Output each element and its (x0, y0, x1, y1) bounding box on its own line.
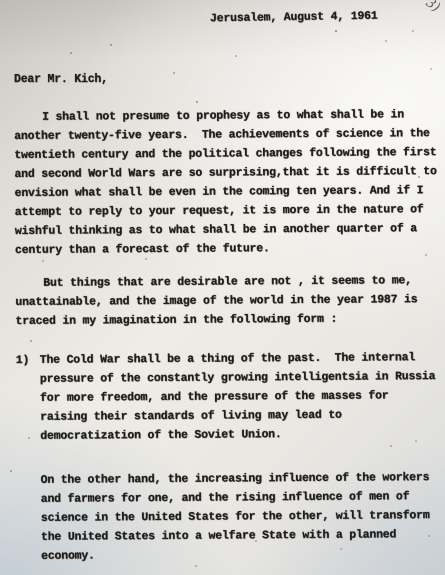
dateline: Jerusalem, August 4, 1961 (210, 7, 378, 29)
item-1-text: The Cold War shall be a thing of the pas… (40, 348, 443, 446)
numbered-item-1: 1) The Cold War shall be a thing of the … (16, 348, 443, 446)
paragraph-2: But things that are desirable are not , … (15, 271, 441, 331)
paragraph-3: On the other hand, the increasing influe… (41, 468, 444, 566)
dust-specks (0, 0, 2, 2)
salutation: Dear Mr. Kich, (14, 70, 108, 89)
letter-photo: Jerusalem, August 4, 1961 3) Dear Mr. Ki… (0, 0, 445, 575)
letter-body: I shall not presume to prophesy as to wh… (14, 105, 443, 566)
paragraph-1: I shall not presume to prophesy as to wh… (14, 105, 441, 260)
item-1-number: 1) (16, 351, 40, 370)
handwritten-corner-mark: 3) (423, 0, 443, 15)
